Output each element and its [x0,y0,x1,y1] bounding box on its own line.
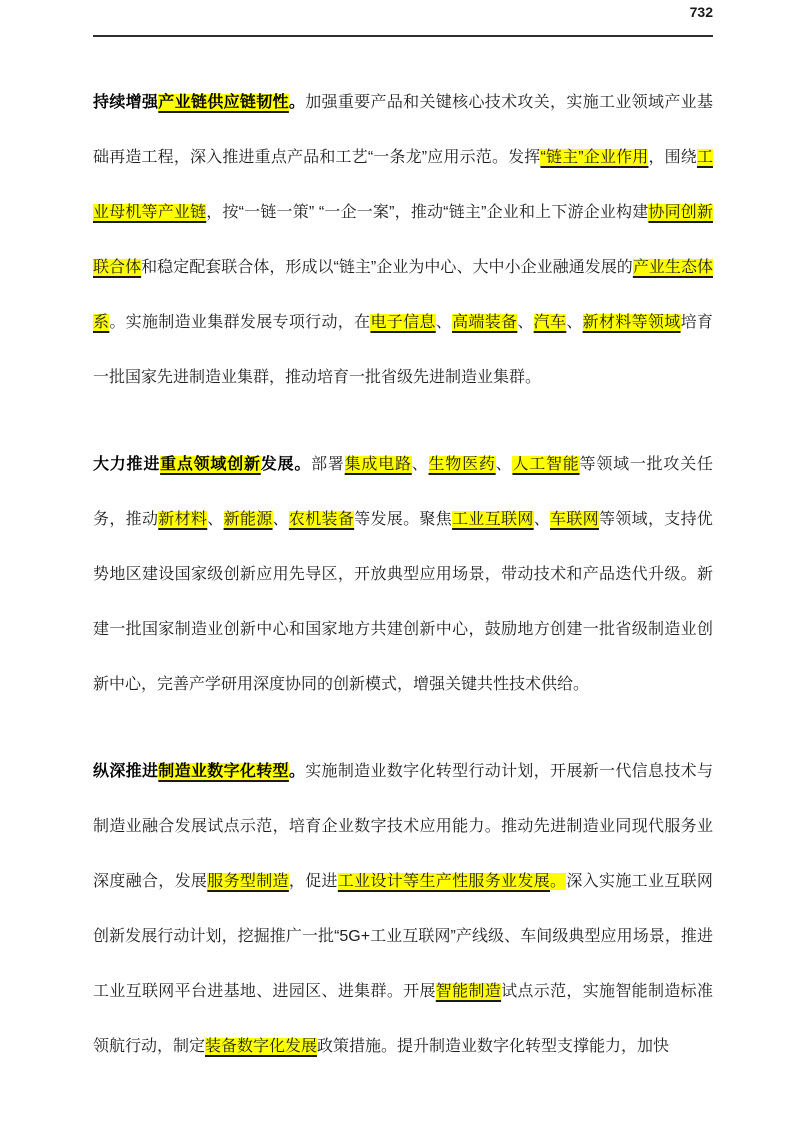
text-run: 、 [534,511,550,528]
highlighted-phrase: 农机装备 [289,511,354,528]
highlighted-phrase: 制造业数字化转型 [158,763,289,780]
highlighted-phrase: 车联网 [550,511,599,528]
text-run: 、 [496,456,513,473]
text-run: 、 [412,456,429,473]
paragraph-digital-transformation: 纵深推进制造业数字化转型。实施制造业数字化转型行动计划，开展新一代信息技术与制造… [93,744,713,1074]
text-run: 、 [566,314,582,331]
text-run: 、 [436,314,452,331]
text-run: ，促进 [289,873,338,890]
page-number: 732 [93,0,713,21]
highlighted-phrase: 电子信息 [370,314,435,331]
highlighted-phrase: 新材料 [158,511,207,528]
text-run: 、 [517,314,533,331]
highlighted-phrase: “链主”企业作用 [540,149,648,166]
text-run: 。 [289,94,305,111]
highlighted-phrase: 智能制造 [436,983,501,1000]
highlighted-phrase: 新能源 [224,511,273,528]
text-run: 纵深推进 [93,763,158,780]
text-run: 。 [289,763,305,780]
document-page: 732 持续增强产业链供应链韧性。加强重要产品和关键核心技术攻关，实施工业领域产… [0,0,793,1122]
highlighted-phrase: 服务型制造 [207,873,289,890]
text-run: 实施制造业数字化转型行动计划，开展新一代信息技术与制造业融合发展试点示范，培育企… [93,763,713,890]
paragraph-industry-chain: 持续增强产业链供应链韧性。加强重要产品和关键核心技术攻关，实施工业领域产业基础再… [93,75,713,405]
text-run: 大力推进 [93,456,160,473]
highlighted-phrase: 高端装备 [452,314,517,331]
text-run: 持续增强 [93,94,158,111]
text-run: 。实施制造业集群发展专项行动，在 [109,314,370,331]
text-run: 部署 [311,456,345,473]
text-run: 、 [273,511,289,528]
highlighted-phrase: 汽车 [534,314,567,331]
text-run: ，按“一链一策” “一企一案”，推动“链主”企业和上下游企业构建 [206,204,648,221]
text-run: 等发展。聚焦 [354,511,452,528]
text-run: 政策措施。提升制造业数字化转型支撑能力，加快 [317,1038,669,1055]
header-rule [93,35,713,37]
highlighted-phrase: 工业互联网 [452,511,534,528]
paragraph-key-field-innovation: 大力推进重点领域创新发展。部署集成电路、生物医药、人工智能等领域一批攻关任务，推… [93,437,713,712]
highlighted-phrase: 重点领域创新 [160,456,261,473]
text-run: 、 [207,511,223,528]
highlighted-phrase: 新材料等领域 [583,314,681,331]
document-body: 持续增强产业链供应链韧性。加强重要产品和关键核心技术攻关，实施工业领域产业基础再… [93,75,713,1074]
highlighted-phrase: 产业链供应链韧性 [158,94,289,111]
text-run: ，围绕 [648,149,697,166]
text-run: 和稳定配套联合体，形成以“链主”企业为中心、大中小企业融通发展的 [141,259,633,276]
highlighted-phrase: 集成电路 [345,456,412,473]
highlighted-phrase: 生物医药 [429,456,496,473]
highlighted-phrase: 人工智能 [512,456,579,473]
text-run: 发展。 [261,456,311,473]
highlighted-phrase: 工业设计等生产性服务业发展 [338,873,550,890]
text-run: 等领域，支持优势地区建设国家级创新应用先导区，开放典型应用场景，带动技术和产品迭… [93,511,713,693]
text-run: 深入实施工业互联网创新发展行动计划，挖掘推广一批“5G+工业互联网”产线级、车间… [93,873,713,1000]
highlighted-phrase: 。 [550,873,566,890]
highlighted-phrase: 装备数字化发展 [205,1038,317,1055]
